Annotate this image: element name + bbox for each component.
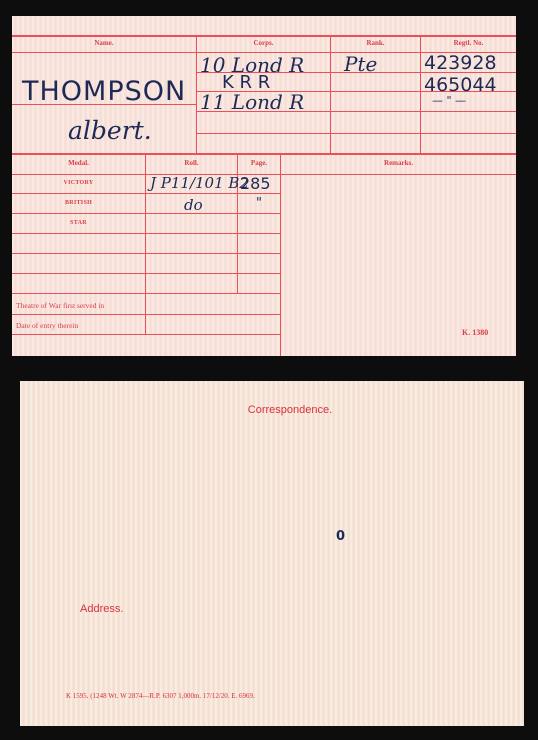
header-regtl-no: Regtl. No. bbox=[421, 39, 516, 47]
rule bbox=[12, 233, 280, 234]
rule bbox=[280, 153, 281, 356]
printer-line: K 1595. (1248 Wt. W 2874—R.P. 6307 1,000… bbox=[66, 692, 255, 700]
header-rank: Rank. bbox=[331, 39, 420, 47]
rule bbox=[12, 273, 280, 274]
corps-line-3: 11 Lond R bbox=[200, 90, 304, 114]
header-corps: Corps. bbox=[197, 39, 330, 47]
rule bbox=[12, 153, 516, 155]
forename: albert. bbox=[68, 116, 152, 145]
theatre-label: Theatre of War first served in bbox=[16, 301, 104, 310]
medal-star: Star bbox=[12, 220, 145, 226]
regtl-no-ditto: — " — bbox=[432, 94, 466, 107]
rank-value: Pte bbox=[344, 52, 377, 76]
medal-index-card-back: Correspondence. 0 Address. K 1595. (1248… bbox=[20, 381, 524, 726]
rule bbox=[330, 35, 331, 153]
header-medal: Medal. bbox=[12, 159, 145, 167]
regtl-no-1: 423928 bbox=[424, 52, 497, 74]
correspondence-label: Correspondence. bbox=[20, 404, 538, 416]
rule bbox=[197, 133, 516, 134]
roll-british: do bbox=[184, 196, 203, 214]
header-remarks: Remarks. bbox=[281, 159, 516, 167]
medal-victory: Victory bbox=[12, 180, 145, 186]
medal-british: British bbox=[12, 200, 145, 206]
rule bbox=[12, 293, 280, 294]
rule bbox=[12, 213, 280, 214]
rule bbox=[12, 35, 516, 37]
regtl-no-2: 465044 bbox=[424, 74, 497, 96]
page-victory: 285 bbox=[240, 174, 271, 193]
form-code: K. 1380 bbox=[462, 328, 488, 337]
header-roll: Roll. bbox=[146, 159, 237, 167]
rule bbox=[12, 253, 280, 254]
rule bbox=[12, 193, 280, 194]
rule bbox=[196, 35, 197, 153]
medal-index-card-front: Name. Corps. Rank. Regtl. No. THOMPSON a… bbox=[12, 16, 516, 356]
header-name: Name. bbox=[12, 39, 196, 47]
ink-mark: 0 bbox=[336, 529, 345, 544]
rule bbox=[12, 314, 280, 315]
roll-victory: J P11/101 B2 bbox=[150, 174, 249, 192]
header-page: Page. bbox=[238, 159, 280, 167]
date-entry-label: Date of entry therein bbox=[16, 321, 78, 330]
address-label: Address. bbox=[80, 603, 123, 615]
rule bbox=[12, 334, 280, 335]
rule bbox=[145, 153, 146, 334]
page-british: " bbox=[256, 196, 262, 211]
rule bbox=[420, 35, 421, 153]
surname: THOMPSON bbox=[22, 76, 186, 107]
